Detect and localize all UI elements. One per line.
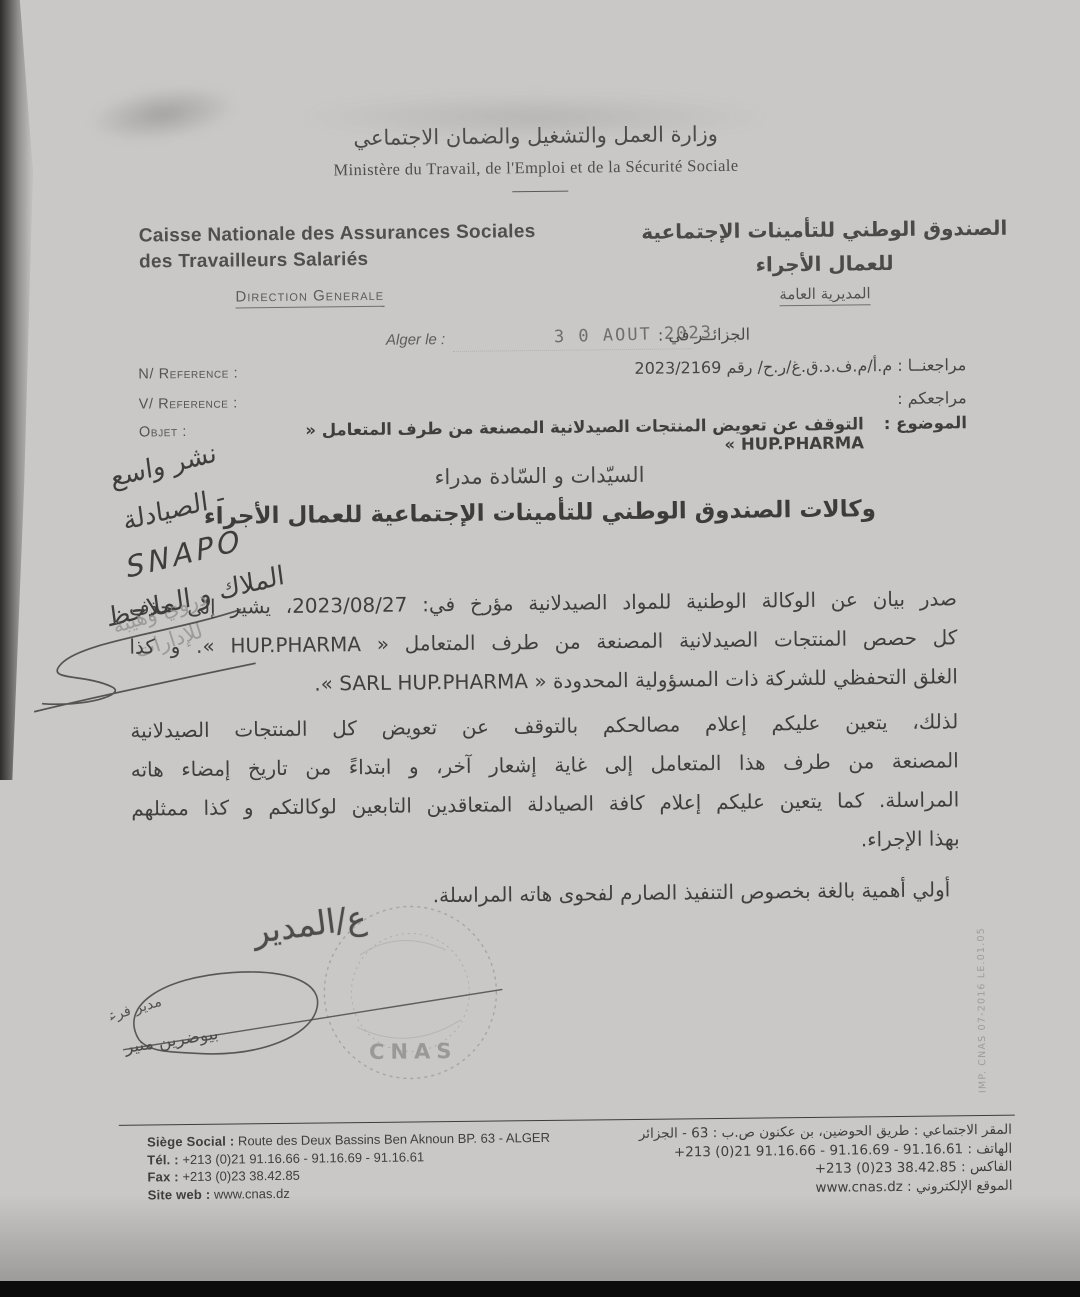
footer-arabic: المقر الاجتماعي : طريق الحوضين، بن عكنون… bbox=[592, 1121, 1013, 1200]
our-reference-number: 2023/2169 bbox=[634, 358, 721, 378]
document-content: وزارة العمل والتشغيل والضمان الاجتماعي M… bbox=[0, 0, 1080, 1297]
v-reference-label: V/ Reference : bbox=[139, 395, 238, 412]
ministry-title-french: Ministère du Travail, de l'Emploi et de … bbox=[0, 152, 1076, 184]
our-reference: مراجعنــا : م.أ/م.ف.د.ق.غ/ر.ح/ رقم 2023/… bbox=[634, 355, 966, 378]
subject-line: الموضوع : التوقف عن تعويض المنتجات الصيد… bbox=[227, 413, 967, 459]
header-divider bbox=[512, 191, 568, 193]
n-reference-label: N/ Reference : bbox=[138, 365, 238, 382]
subject-text: التوقف عن تعويض المنتجات الصيدلانية المص… bbox=[227, 414, 864, 459]
scan-smudge bbox=[300, 94, 770, 140]
org-name-arabic-line1: الصندوق الوطني للتأمينات الإجتماعية bbox=[627, 211, 1022, 249]
date-dotted-line bbox=[453, 348, 693, 352]
org-name-arabic-line2: للعمال الأجراء bbox=[627, 245, 1022, 283]
our-reference-label: مراجعنــا : bbox=[897, 355, 966, 375]
date-label-french: Alger le : bbox=[386, 331, 445, 349]
scan-bottom-fade bbox=[0, 1195, 1080, 1283]
letter-body: صدر بيان عن الوكالة الوطنية للمواد الصيد… bbox=[129, 579, 961, 918]
your-reference: مراجعكم : bbox=[897, 388, 967, 408]
direction-generale-arabic: المديرية العامة bbox=[627, 283, 1022, 305]
scanned-letter-page: وزارة العمل والتشغيل والضمان الاجتماعي M… bbox=[0, 0, 1080, 1297]
direction-generale-french: Direction Generale bbox=[235, 287, 384, 309]
round-stamp: CNAS bbox=[323, 906, 497, 1080]
objet-label: Objet : bbox=[139, 424, 187, 441]
round-stamp-text: CNAS bbox=[369, 1039, 458, 1064]
our-reference-code: م.أ/م.ف.د.ق.غ/ر.ح/ رقم bbox=[726, 356, 892, 377]
body-paragraph-2: لذلك، يتعين عليكم إعلام مصالحكم بالتوقف … bbox=[130, 702, 960, 867]
footer-french: Siège Social : Route des Deux Bassins Be… bbox=[147, 1129, 551, 1204]
body-paragraph-1: صدر بيان عن الوكالة الوطنية للمواد الصيد… bbox=[129, 579, 958, 705]
subject-label: الموضوع : bbox=[884, 413, 968, 452]
org-name-french-line1: Caisse Nationale des Assurances Sociales bbox=[139, 219, 536, 249]
org-name-french-line2: des Travailleurs Salariés bbox=[139, 245, 536, 275]
print-reference: IMP. CNAS 07-2016 LE.01.05 bbox=[976, 923, 989, 1093]
signature-stamp-block: CNAS مدير فرعي للدفع من قبل الغير بيوضري… bbox=[109, 893, 551, 1118]
your-reference-label: مراجعكم : bbox=[897, 388, 967, 408]
org-name-french: Caisse Nationale des Assurances Sociales… bbox=[139, 219, 536, 275]
date-label-arabic: الجزائــر في : bbox=[658, 324, 788, 344]
scan-bottom-band bbox=[0, 1281, 1080, 1297]
org-name-arabic: الصندوق الوطني للتأمينات الإجتماعية للعم… bbox=[627, 211, 1023, 283]
stamp-name: بيوضرين منير bbox=[122, 1024, 219, 1058]
